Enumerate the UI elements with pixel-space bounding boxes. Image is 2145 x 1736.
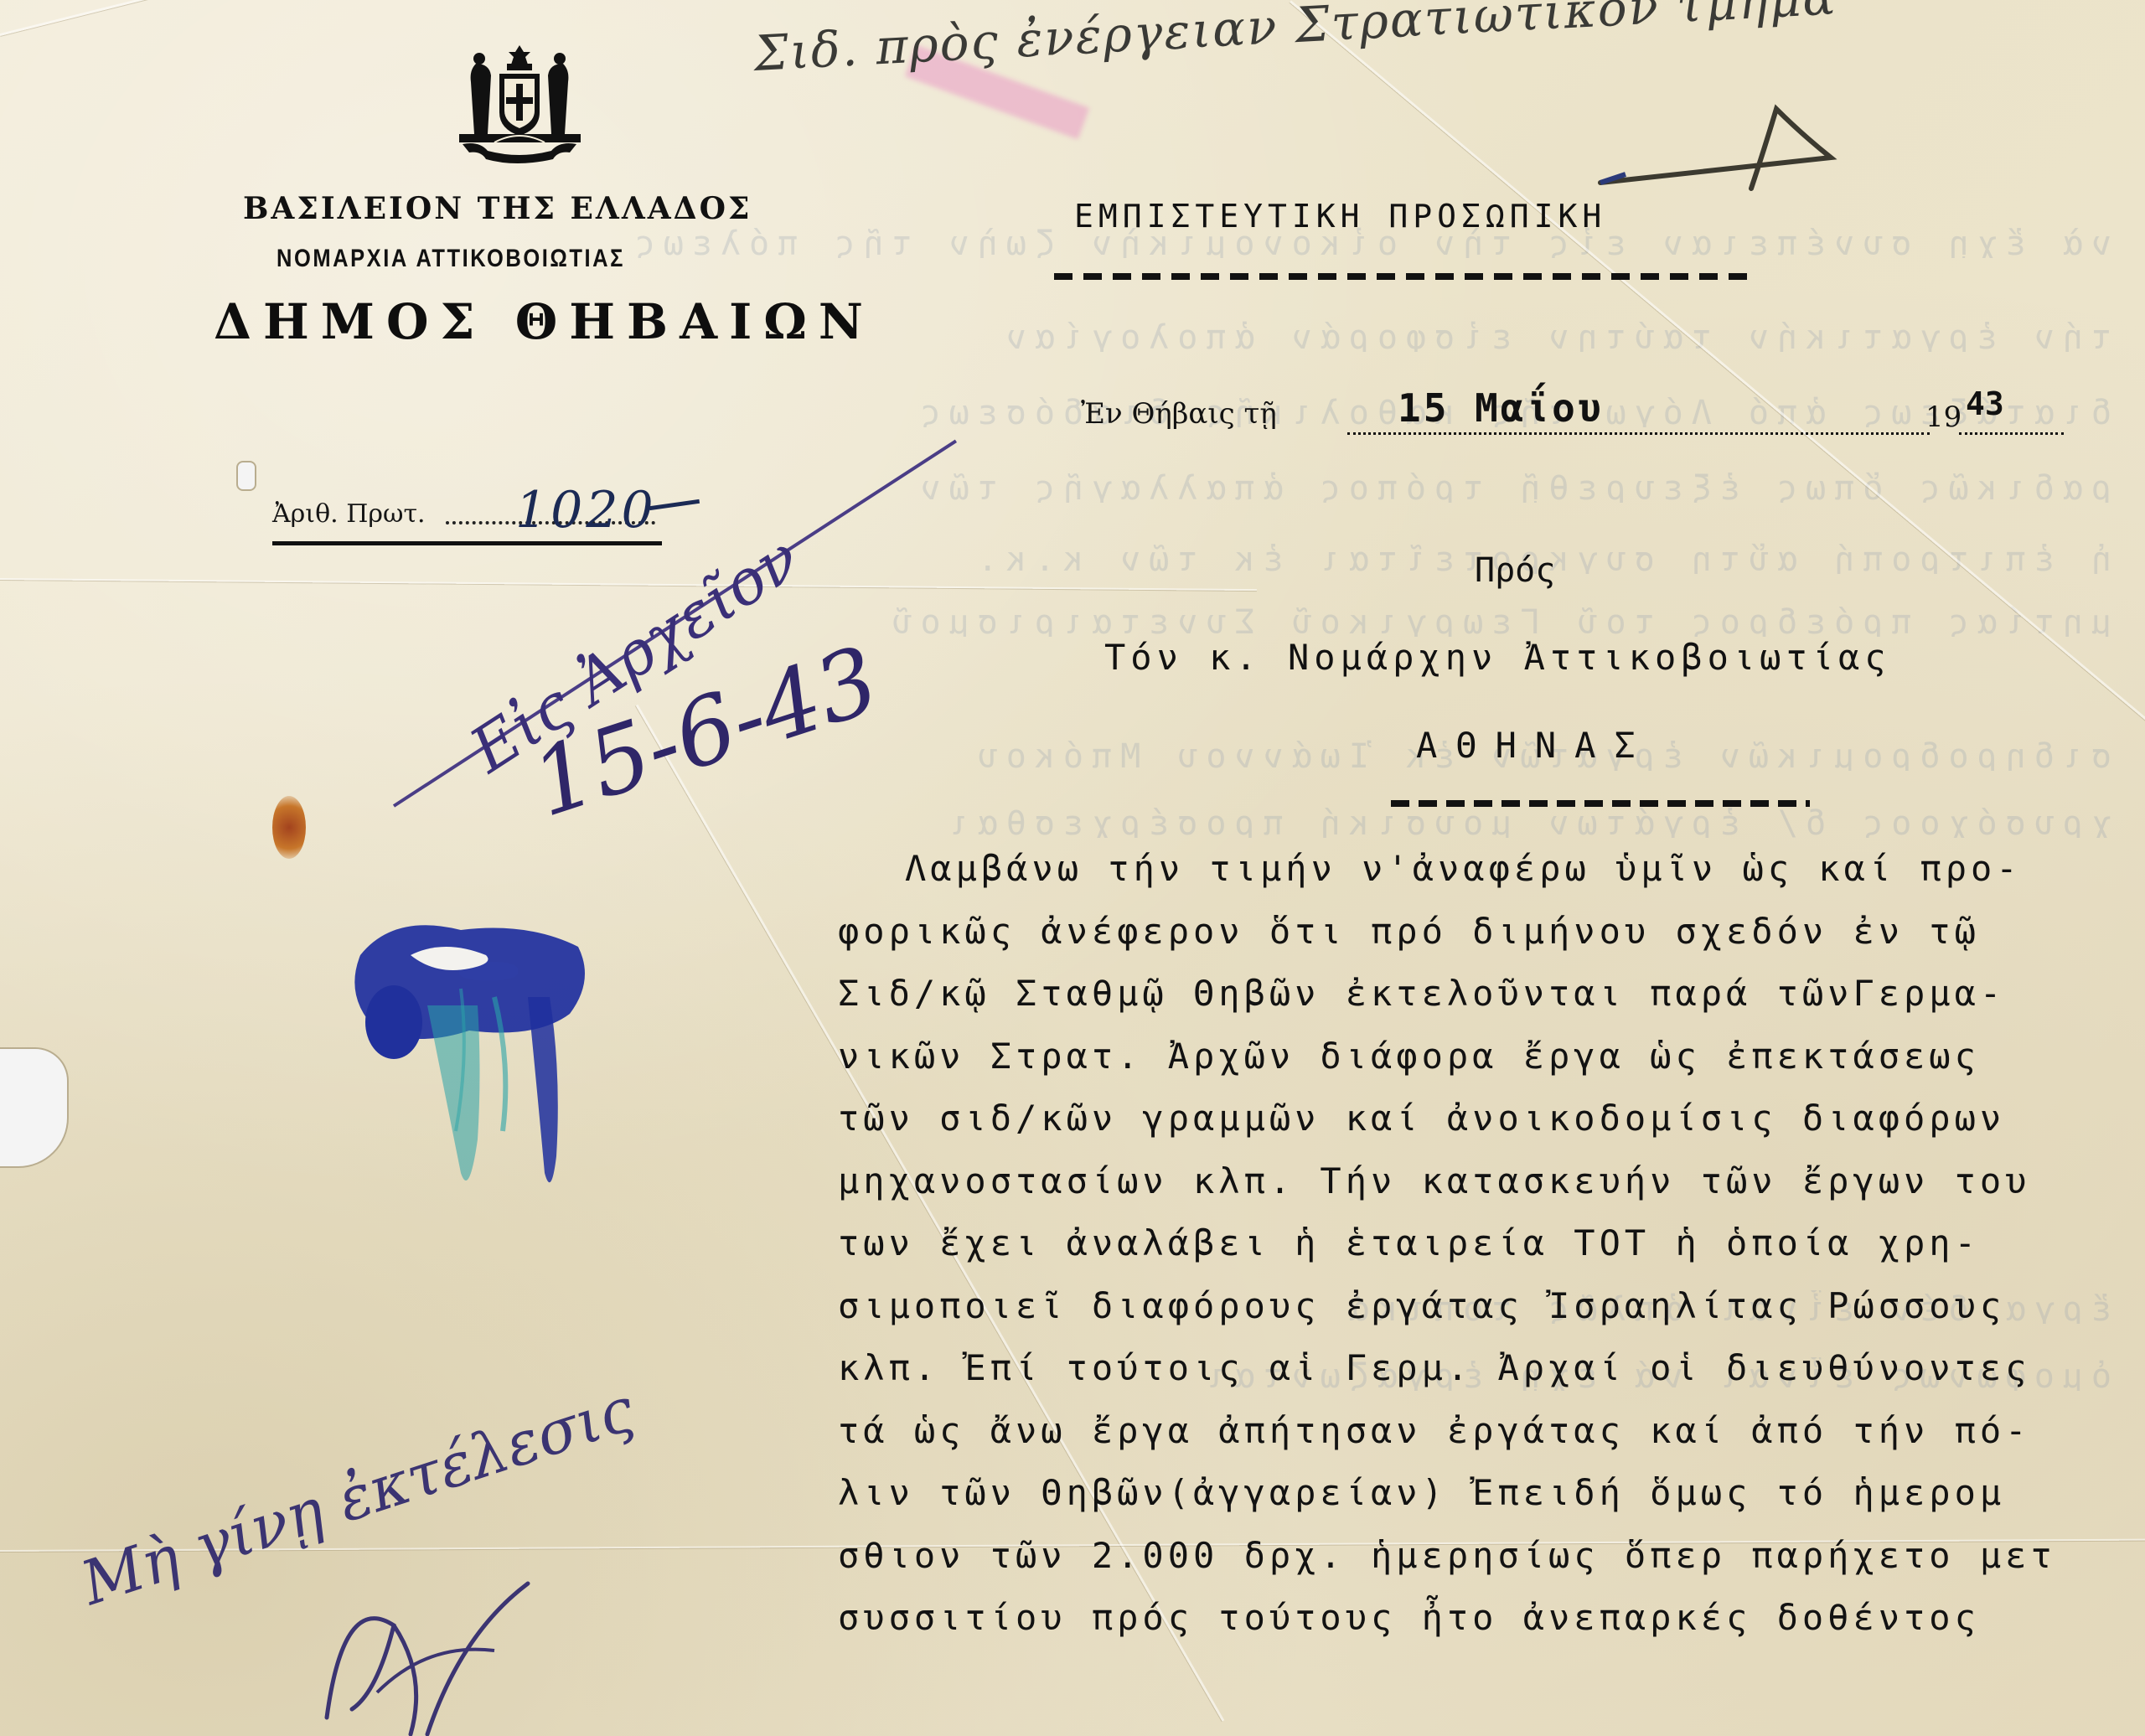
classification-underline — [1054, 273, 1758, 280]
initial-mark-icon — [1592, 101, 1843, 193]
body-line: τῶν σιδ/κῶν γραμμῶν καί ἀνοικοδομίσις δι… — [838, 1088, 2145, 1150]
body-line: Σιδ/κῷ Σταθμῷ Θηβῶν ἐκτελοῦνται παρά τῶν… — [838, 963, 2145, 1026]
rust-stain — [272, 796, 306, 859]
date-year: 43 — [1966, 385, 2004, 422]
recipient-city: ΑΘΗΝΑΣ — [1416, 725, 1654, 766]
body-line: λιν τῶν Θηβῶν(ἀγγαρείαν) Ἐπειδή ὅμως τό … — [838, 1462, 2145, 1525]
body-line: συσσιτίου πρός τούτους ἦτο ἀνεπαρκές δοθ… — [838, 1587, 2145, 1650]
letterhead-prefecture: ΝΟΜΑΡΧΙΑ ΑΤΤΙΚΟΒΟΙΩΤΙΑΣ — [277, 245, 625, 273]
protocol-number-field: Ἀριθ. Πρωτ. 1020 — [272, 493, 666, 543]
body-line: τά ὡς ἄνω ἔργα ἀπήτησαν ἐργάτας καί ἀπό … — [838, 1400, 2145, 1463]
body-line: σιμοποιεῖ διαφόρους ἐργάτας Ἰσραηλίτας Ρ… — [838, 1275, 2145, 1338]
date-prefix: Ἐν Θήβαις τῇ — [1081, 397, 1277, 431]
to-label: Πρός — [1475, 551, 1555, 590]
protocol-rule — [272, 541, 662, 545]
city-underline — [1391, 800, 1810, 807]
recipient: Τόν κ. Νομάρχην Ἀττικοβοιωτίας — [1104, 637, 1891, 678]
body-line: κλπ. Ἐπί τούτοις αἱ Γερμ. Ἀρχαί οἱ διευθ… — [838, 1337, 2145, 1400]
protocol-number: 1020 — [515, 481, 657, 540]
date-day-month: 15 Μαΐου — [1398, 385, 1604, 431]
ink-blot-stain — [327, 896, 628, 1223]
reverse-show-through: χρυσόχοος δ/ ἐργάτων μουσική προσέρχεσθα… — [34, 804, 2111, 838]
royal-coat-of-arms-icon — [451, 42, 589, 163]
body-line: των ἔχει ἀναλάβει ἡ ἑταιρεία ΤΟΤ ἡ ὁποία… — [838, 1212, 2145, 1275]
paper-hole — [236, 461, 256, 491]
reverse-show-through: ἡ ἐπιτροπή αὕτη συγκροτεῖται ἐκ τῶν κ.κ. — [34, 540, 2111, 574]
body-line: σθιον τῶν 2.000 δρχ. ἡμερησίως ὅπερ παρή… — [838, 1525, 2145, 1588]
date-year-dotted-line — [1959, 432, 2064, 435]
body-line: Λαμβάνω τήν τιμήν ν'ἀναφέρω ὑμῖν ὡς καί … — [838, 838, 2145, 901]
signature-mark-icon — [302, 1575, 603, 1736]
letterhead-kingdom: ΒΑΣΙΛΕΙΟΝ ΤΗΣ ΕΛΛΑΔΟΣ — [243, 191, 752, 226]
letterhead-municipality: ΔΗΜΟΣ ΘΗΒΑΙΩΝ — [214, 293, 875, 350]
date-line: Ἐν Θήβαις τῇ 15 Μαΐου 19 43 — [1081, 385, 1986, 444]
date-dotted-line — [1347, 432, 1930, 435]
body-line: μηχανοστασίων κλπ. Τήν κατασκευήν τῶν ἔρ… — [838, 1150, 2145, 1213]
body-line: νικῶν Στρατ. Ἀρχῶν διάφορα ἔργα ὡς ἐπεκτ… — [838, 1026, 2145, 1088]
body-line: φορικῶς ἀνέφερον ὅτι πρό διμήνου σχεδόν … — [838, 901, 2145, 964]
reverse-show-through: μητίας πρόεδρος τοῦ Γεωργικοῦ Συνεταιρισ… — [34, 603, 2111, 637]
protocol-label: Ἀριθ. Πρωτ. — [272, 499, 426, 529]
date-century: 19 — [1925, 400, 1962, 434]
letter-body: Λαμβάνω τήν τιμήν ν'ἀναφέρω ὑμῖν ὡς καί … — [838, 838, 2145, 1650]
classification-heading: ΕΜΠΙΣΤΕΥΤΙΚΗ ΠΡΟΣΩΠΙΚΗ — [1074, 198, 1606, 235]
reverse-show-through: σιδηροδρομικῶν ἐργατῶν ἐκ Ἰωάννου Μπόκου — [34, 737, 2111, 771]
